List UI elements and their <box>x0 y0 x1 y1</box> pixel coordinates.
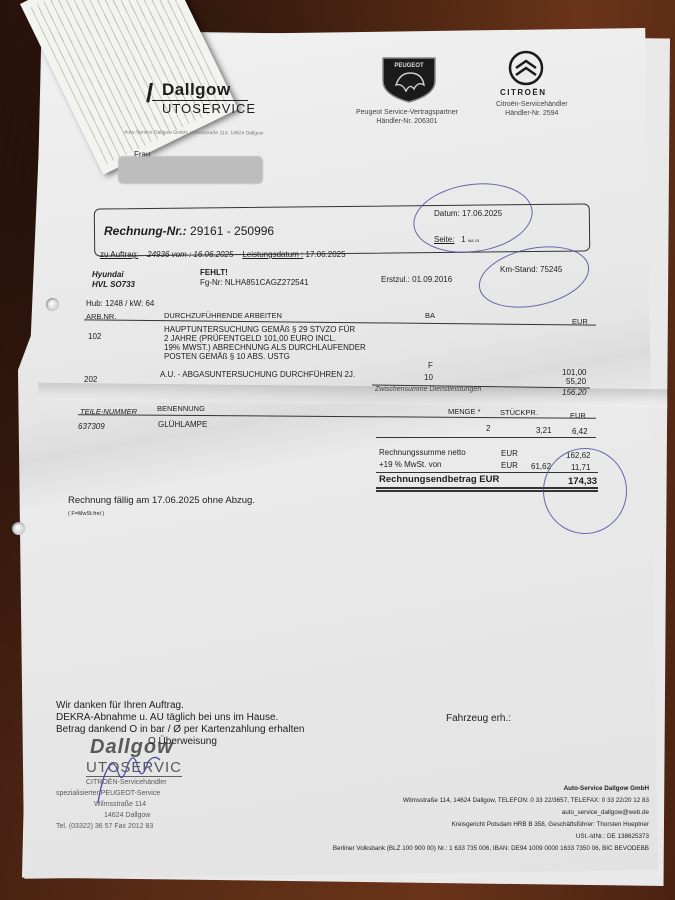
work-row-desc: A.U. - ABGASUNTERSUCHUNG DURCHFÜHREN 2J. <box>160 370 355 379</box>
vehicle-first-registration: Erstzul.: 01.09.2016 <box>381 275 452 284</box>
net-currency: EUR <box>501 449 518 458</box>
dallgow-logo: / Dallgow UTOSERVICE <box>146 80 248 116</box>
punch-hole <box>12 522 25 535</box>
pen-circle-total <box>543 448 627 534</box>
net-label: Rechnungssumme netto <box>379 448 466 457</box>
invoice-order: zu Auftrag: 24936 vom : 16.06.2025 Leist… <box>100 250 346 259</box>
vehicle-vin: FEHLT! Fg-Nr: NLHA851CAGZ272541 <box>200 268 309 288</box>
work-row-ba: F <box>428 361 433 370</box>
recipient-address-redacted <box>118 156 263 184</box>
parts-total-rule <box>376 437 596 438</box>
parts-header-qty: MENGE * <box>448 407 481 416</box>
vehicle-make-plate: Hyundai HVL SO733 <box>92 270 135 290</box>
citroen-logo-icon <box>508 50 544 86</box>
work-row-ba: 10 <box>424 373 433 382</box>
svg-text:PEUGEOT: PEUGEOT <box>394 63 424 69</box>
work-header-ba: BA <box>425 311 435 320</box>
vat-label: +19 % MwSt. von <box>379 460 441 469</box>
vehicle-received-label: Fahrzeug erh.: <box>446 713 511 724</box>
signature-icon <box>88 748 168 808</box>
work-row-nr: 102 <box>88 332 101 341</box>
dallgow-a-icon: / <box>146 80 153 106</box>
logo-line1: Dallgow <box>146 80 248 100</box>
punch-hole <box>46 298 59 311</box>
tax-note: ( F=MwSt.frei ) <box>68 511 104 517</box>
work-row-eur: 55,20 <box>566 377 586 386</box>
payment-terms: Rechnung fällig am 17.06.2025 ohne Abzug… <box>68 495 255 506</box>
work-row-eur: 101,00 <box>562 368 586 377</box>
parts-row-eur: 6,42 <box>572 427 588 436</box>
subtotal-value: 156,20 <box>562 388 586 397</box>
parts-header-name: BENENNUNG <box>157 404 205 413</box>
peugeot-logo-icon: PEUGEOT <box>380 55 438 103</box>
logo-line2: UTOSERVICE <box>152 100 248 116</box>
company-footer: Auto-Service Dallgow GmbH Wilmsstraße 11… <box>333 783 649 855</box>
parts-row-unit: 3,21 <box>536 426 552 435</box>
sender-line: Auto-Service Dallgow GmbH, Wilmsstraße 1… <box>124 130 263 137</box>
citroen-wordmark: CITROËN <box>500 88 547 97</box>
parts-row-qty: 2 <box>486 424 490 433</box>
vat-currency: EUR <box>501 461 518 470</box>
parts-row-name: GLÜHLAMPE <box>158 420 207 429</box>
citroen-caption: Citroën-Servicehändler Händler-Nr. 2594 <box>496 100 568 118</box>
peugeot-caption: Peugeot Service-Vertragspartner Händler-… <box>356 108 458 126</box>
parts-row-nr: 637309 <box>78 422 105 431</box>
work-row-desc: HAUPTUNTERSUCHUNG GEMÄß § 29 STVZO FÜR 2… <box>164 325 366 361</box>
work-row-nr: 202 <box>84 375 97 384</box>
invoice-number: Rechnung-Nr.: 29161 - 250996 <box>104 224 274 238</box>
work-header-desc: DURCHZUFÜHRENDE ARBEITEN <box>164 311 282 320</box>
subtotal-label: Zwischensumme Dienstleistungen <box>375 386 481 393</box>
vehicle-engine: Hub: 1248 / kW: 64 <box>86 299 154 308</box>
gross-label: Rechnungsendbetrag EUR <box>379 474 499 485</box>
parts-header-unit: STÜCKPR. <box>500 408 538 417</box>
